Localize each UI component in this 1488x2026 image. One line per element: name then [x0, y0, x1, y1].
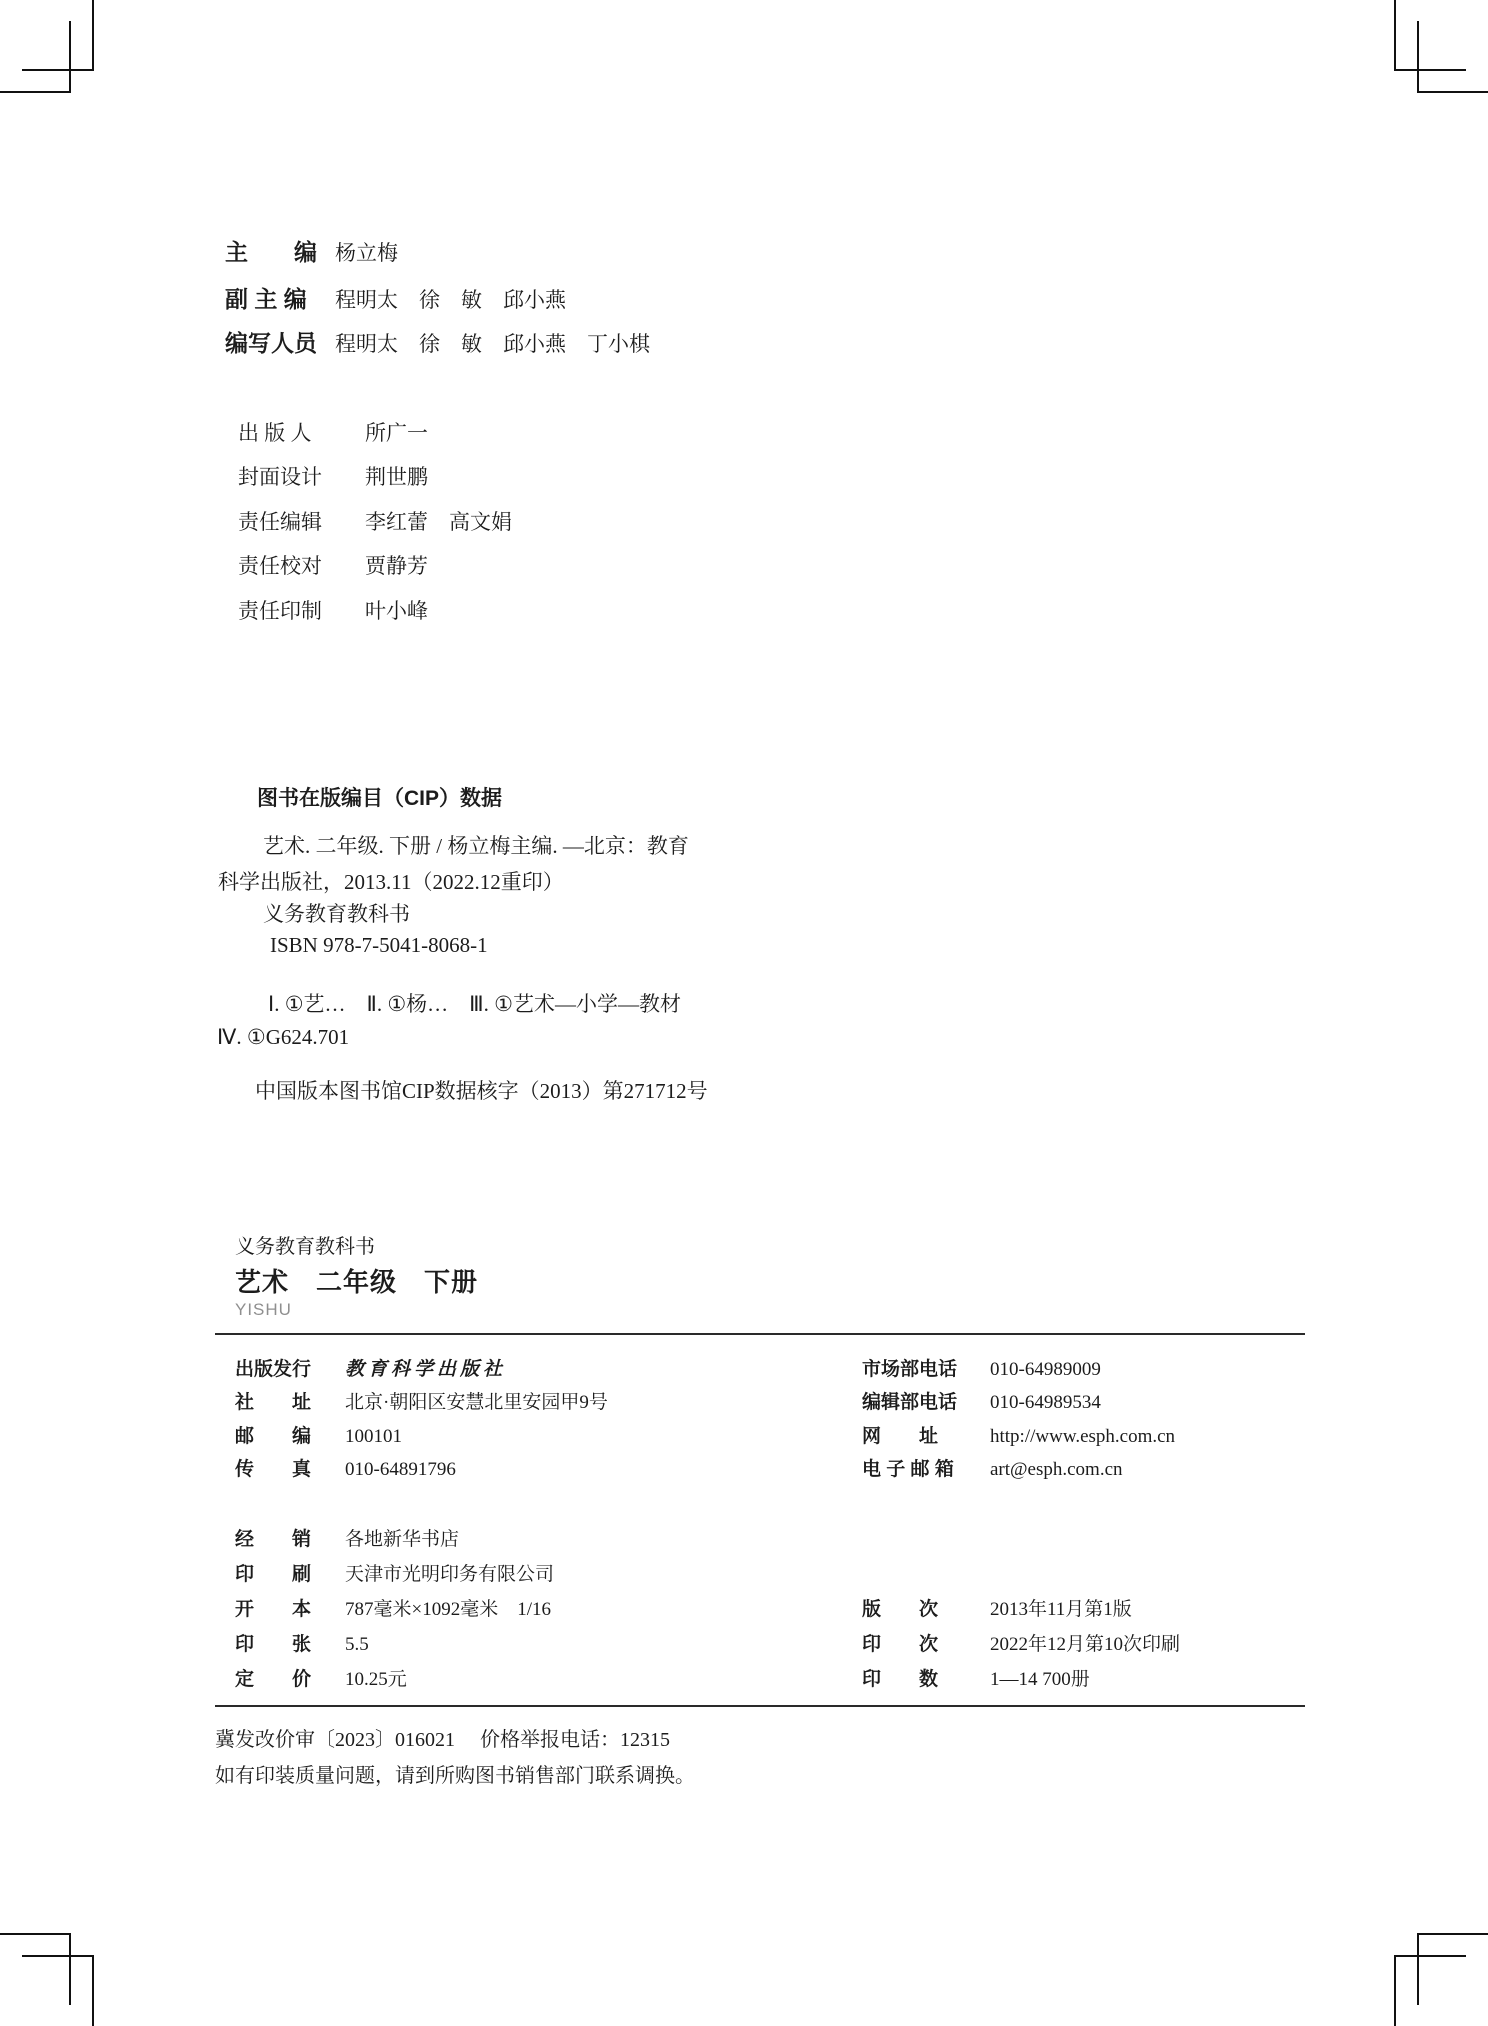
postcode-label: 邮 编	[235, 1421, 330, 1448]
proofreader-row: 责任校对 贾静芳	[238, 550, 428, 580]
book-title-pinyin: YISHU	[235, 1300, 292, 1320]
distribution-row: 经 销 各地新华书店	[235, 1524, 459, 1551]
editorial-phone-row: 编辑部电话 010-64989534	[862, 1387, 1101, 1414]
edition-row: 版 次 2013年11月第1版	[862, 1594, 1132, 1621]
cover-design-row: 封面设计 荆世鹏	[238, 461, 428, 491]
fax-value: 010-64891796	[345, 1459, 456, 1481]
cip-series-line: 义务教育教科书	[263, 898, 410, 928]
format-label: 开 本	[235, 1594, 330, 1621]
publisher-person-row: 出 版 人 所广一	[238, 417, 428, 447]
writers-label: 编写人员	[225, 325, 335, 358]
cip-record-number: 中国版本图书馆CIP数据核字（2013）第271712号	[255, 1075, 708, 1105]
postcode-row: 邮 编 100101	[235, 1421, 402, 1448]
writers-row: 编写人员 程明太 徐 敏 邱小燕 丁小棋	[225, 325, 650, 358]
divider-rule-top	[215, 1333, 1305, 1335]
publisher-row: 出版发行 教育科学出版社	[235, 1354, 506, 1381]
series-title: 义务教育教科书	[235, 1230, 375, 1259]
print-run-label: 印 数	[862, 1664, 980, 1691]
publisher-person-name: 所广一	[365, 417, 428, 447]
cip-classification-line2: Ⅳ. ①G624.701	[217, 1025, 349, 1050]
website-label: 网 址	[862, 1421, 980, 1448]
printer-label: 印 刷	[235, 1559, 330, 1586]
email-row: 电 子 邮 箱 art@esph.com.cn	[862, 1454, 1123, 1481]
publisher-label: 出版发行	[235, 1354, 330, 1381]
address-value: 北京·朝阳区安慧北里安园甲9号	[345, 1387, 608, 1414]
chief-editor-label: 主 编	[225, 234, 335, 267]
edition-label: 版 次	[862, 1594, 980, 1621]
price-row: 定 价 10.25元	[235, 1664, 407, 1691]
market-phone-row: 市场部电话 010-64989009	[862, 1354, 1101, 1381]
proofreader-name: 贾静芳	[365, 550, 428, 580]
responsible-editor-row: 责任编辑 李红蕾 高文娟	[238, 506, 512, 536]
print-supervisor-name: 叶小峰	[365, 595, 428, 625]
cip-classification-line1: Ⅰ. ①艺… Ⅱ. ①杨… Ⅲ. ①艺术—小学—教材	[268, 988, 681, 1018]
cip-title: 图书在版编目（CIP）数据	[257, 782, 502, 812]
editorial-phone-value: 010-64989534	[990, 1392, 1101, 1414]
chief-editor-names: 杨立梅	[335, 237, 398, 267]
website-row: 网 址 http://www.esph.com.cn	[862, 1421, 1175, 1448]
address-label: 社 址	[235, 1387, 330, 1414]
email-label: 电 子 邮 箱	[862, 1454, 980, 1481]
responsible-editor-names: 李红蕾 高文娟	[365, 506, 512, 536]
impression-label: 印 次	[862, 1629, 980, 1656]
printer-value: 天津市光明印务有限公司	[345, 1559, 554, 1586]
publisher-person-label: 出 版 人	[238, 417, 350, 447]
sheets-label: 印 张	[235, 1629, 330, 1656]
proofreader-label: 责任校对	[238, 550, 350, 580]
fax-row: 传 真 010-64891796	[235, 1454, 456, 1481]
impression-value: 2022年12月第10次印刷	[990, 1629, 1180, 1656]
divider-rule-bottom	[215, 1705, 1305, 1707]
format-row: 开 本 787毫米×1092毫米 1/16	[235, 1594, 551, 1621]
cip-isbn: ISBN 978-7-5041-8068-1	[270, 933, 488, 958]
market-phone-label: 市场部电话	[862, 1354, 980, 1381]
cip-line1: 艺术. 二年级. 下册 / 杨立梅主编. —北京：教育	[263, 830, 689, 860]
crop-mark-top-left-inner	[0, 21, 71, 93]
distribution-label: 经 销	[235, 1524, 330, 1551]
distribution-value: 各地新华书店	[345, 1524, 459, 1551]
cover-design-label: 封面设计	[238, 461, 350, 491]
print-supervisor-row: 责任印制 叶小峰	[238, 595, 428, 625]
website-value: http://www.esph.com.cn	[990, 1426, 1175, 1448]
chief-editor-row: 主 编 杨立梅	[225, 234, 398, 267]
format-value: 787毫米×1092毫米 1/16	[345, 1594, 551, 1621]
deputy-editor-label: 副 主 编	[225, 281, 335, 314]
fax-label: 传 真	[235, 1454, 330, 1481]
price-approval-line: 冀发改价审〔2023〕016021 价格举报电话：12315	[215, 1723, 670, 1752]
printer-row: 印 刷 天津市光明印务有限公司	[235, 1559, 554, 1586]
email-value: art@esph.com.cn	[990, 1459, 1123, 1481]
copyright-page: 主 编 杨立梅 副 主 编 程明太 徐 敏 邱小燕 编写人员 程明太 徐 敏 邱…	[0, 0, 1488, 2026]
print-run-row: 印 数 1—14 700册	[862, 1664, 1090, 1691]
price-value: 10.25元	[345, 1664, 407, 1691]
print-run-value: 1—14 700册	[990, 1664, 1090, 1691]
sheets-row: 印 张 5.5	[235, 1629, 369, 1656]
quality-notice-line: 如有印装质量问题，请到所购图书销售部门联系调换。	[215, 1759, 695, 1788]
crop-mark-bottom-left-inner	[0, 1933, 71, 2005]
print-supervisor-label: 责任印制	[238, 595, 350, 625]
impression-row: 印 次 2022年12月第10次印刷	[862, 1629, 1180, 1656]
sheets-value: 5.5	[345, 1634, 369, 1656]
responsible-editor-label: 责任编辑	[238, 506, 350, 536]
cover-design-name: 荆世鹏	[365, 461, 428, 491]
writers-names: 程明太 徐 敏 邱小燕 丁小棋	[335, 328, 650, 358]
deputy-editor-names: 程明太 徐 敏 邱小燕	[335, 284, 566, 314]
edition-value: 2013年11月第1版	[990, 1594, 1132, 1621]
address-row: 社 址 北京·朝阳区安慧北里安园甲9号	[235, 1387, 608, 1414]
price-label: 定 价	[235, 1664, 330, 1691]
publisher-logo: 教育科学出版社	[345, 1354, 506, 1381]
postcode-value: 100101	[345, 1426, 402, 1448]
deputy-editor-row: 副 主 编 程明太 徐 敏 邱小燕	[225, 281, 566, 314]
crop-mark-bottom-right-inner	[1417, 1933, 1488, 2005]
market-phone-value: 010-64989009	[990, 1359, 1101, 1381]
book-title: 艺术 二年级 下册	[235, 1262, 478, 1299]
crop-mark-top-right-inner	[1417, 21, 1488, 93]
editorial-phone-label: 编辑部电话	[862, 1387, 980, 1414]
cip-line2: 科学出版社，2013.11（2022.12重印）	[218, 866, 564, 896]
